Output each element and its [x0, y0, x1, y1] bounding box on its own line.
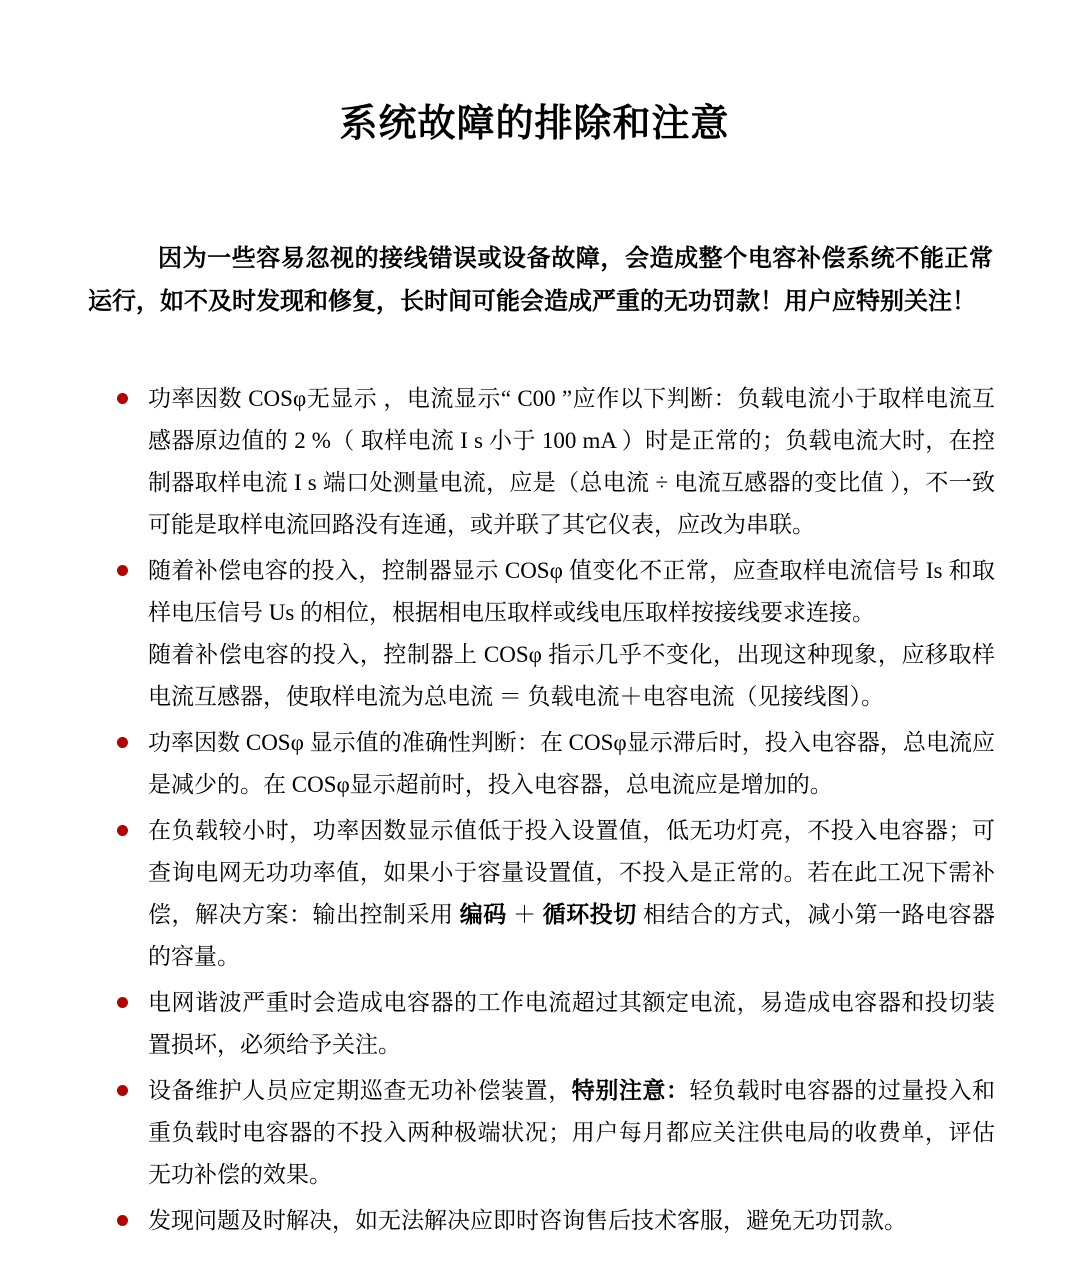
bullet-list: 功率因数 COSφ无显示 ，电流显示“ C00 ”应作以下判断：负载电流小于取样…: [0, 378, 995, 1242]
intro-paragraph: 因为一些容易忽视的接线错误或设备故障，会造成整个电容补偿系统不能正常运行，如不及…: [88, 238, 993, 324]
bullet-text-segment-bold: 循环投切: [543, 902, 637, 927]
bullet-text-segment: 电网谐波严重时会造成电容器的工作电流超过其额定电流，易造成电容器和投切装置损坏，…: [148, 990, 995, 1057]
bullet-text-segment-bold: 编码: [460, 902, 507, 927]
list-item: 设备维护人员应定期巡查无功补偿装置，特别注意：轻负载时电容器的过量投入和重负载时…: [148, 1070, 995, 1196]
list-item: 在负载较小时，功率因数显示值低于投入设置值，低无功灯亮，不投入电容器；可查询电网…: [148, 810, 995, 978]
document-page: 系统故障的排除和注意 因为一些容易忽视的接线错误或设备故障，会造成整个电容补偿系…: [0, 0, 1069, 1264]
list-item: 发现问题及时解决，如无法解决应即时咨询售后技术客服，避免无功罚款。: [148, 1200, 995, 1242]
bullet-text-segment: 功率因数 COSφ 显示值的准确性判断：在 COSφ显示滞后时，投入电容器，总电…: [148, 730, 995, 797]
list-item: 电网谐波严重时会造成电容器的工作电流超过其额定电流，易造成电容器和投切装置损坏，…: [148, 982, 995, 1066]
page-title: 系统故障的排除和注意: [0, 0, 1069, 150]
bullet-text-segment: ＋: [507, 902, 543, 927]
bullet-text-segment: 随着补偿电容的投入，控制器显示 COSφ 值变化不正常，应查取样电流信号 Is …: [148, 558, 995, 625]
bullet-text-segment: 发现问题及时解决，如无法解决应即时咨询售后技术客服，避免无功罚款。: [148, 1208, 907, 1233]
bullet-text-segment-bold: 特别注意：: [572, 1078, 690, 1103]
list-item: 随着补偿电容的投入，控制器显示 COSφ 值变化不正常，应查取样电流信号 Is …: [148, 550, 995, 718]
bullet-text-segment: 随着补偿电容的投入，控制器上 COSφ 指示几乎不变化，出现这种现象，应移取样电…: [148, 642, 995, 709]
list-item: 功率因数 COSφ无显示 ，电流显示“ C00 ”应作以下判断：负载电流小于取样…: [148, 378, 995, 546]
bullet-text-segment: 功率因数 COSφ无显示 ，电流显示“ C00 ”应作以下判断：负载电流小于取样…: [148, 386, 995, 537]
bullet-text-segment: 设备维护人员应定期巡查无功补偿装置，: [148, 1078, 572, 1103]
list-item: 功率因数 COSφ 显示值的准确性判断：在 COSφ显示滞后时，投入电容器，总电…: [148, 722, 995, 806]
